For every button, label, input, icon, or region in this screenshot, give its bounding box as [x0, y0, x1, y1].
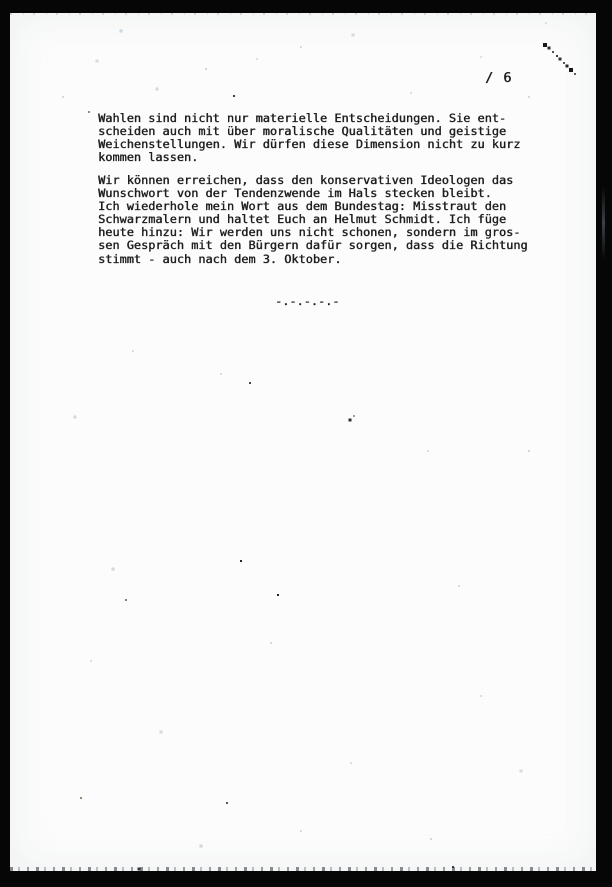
paper-top-edge [10, 13, 596, 15]
scan-dust-dots [0, 0, 2, 2]
page-number: / 6 [485, 70, 512, 86]
section-separator: -.-.-.-.- [275, 295, 339, 308]
scan-border-smudge [602, 186, 605, 260]
paper-bottom-edge [10, 867, 596, 871]
body-paragraph-2: Wir können erreichen, dass den konservat… [98, 174, 528, 266]
body-paragraph-1: Wahlen sind nicht nur materielle Entsche… [98, 112, 520, 164]
scanned-page: / 6 Wahlen sind nicht nur materielle Ent… [0, 0, 612, 887]
